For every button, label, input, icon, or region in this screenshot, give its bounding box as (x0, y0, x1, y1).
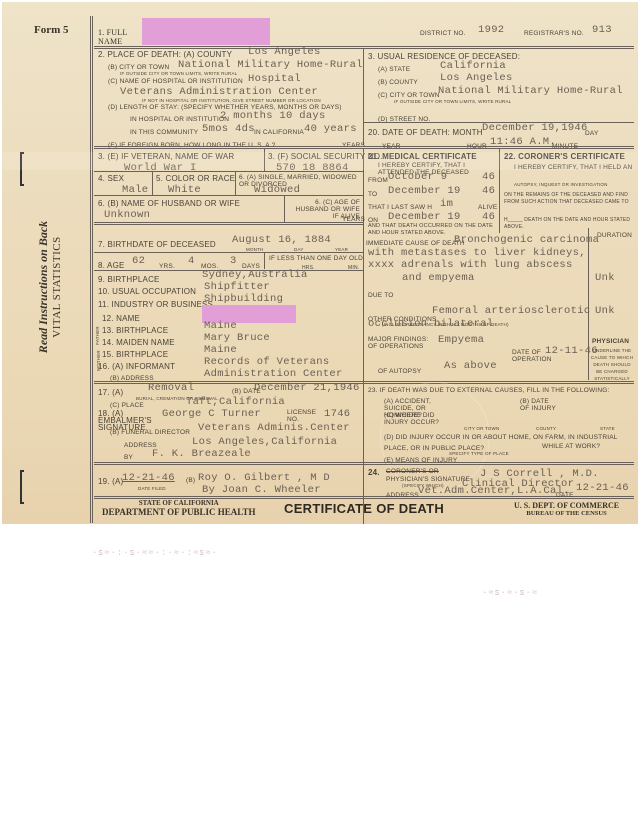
divider (94, 46, 634, 49)
physician-address-label: Address (386, 492, 419, 499)
coroner-death-text: h_____ death on the date and hour stated… (504, 217, 632, 231)
birthdate-value: August 16, 1884 (232, 234, 331, 246)
date-filed-value: 12-21-46 (122, 472, 175, 484)
filing-label: 19. (a) (98, 477, 123, 486)
license-label: License No. (287, 409, 317, 423)
war-label: 3. (e) If Veteran, Name of War (98, 152, 234, 161)
registrar-sig-label: (b) (186, 477, 195, 484)
res-county-label: (b) County (378, 79, 418, 86)
embalmer-label: 18. (a) Embalmer's Signature (98, 410, 170, 431)
divider (235, 171, 236, 195)
ink-bleed-smudge: ·≈ꜱ·≈·ꜱ·≈ (482, 588, 538, 598)
registrar-no-value: 913 (592, 24, 612, 36)
date-of-death-value: December 19,1946 (482, 122, 588, 134)
res-city-note: If outside city or town limits, write ru… (394, 99, 511, 104)
while-at-work-label: While at work? (542, 443, 600, 450)
ssn-value: 570 18 8864 (276, 162, 349, 174)
birthplace-value: Sydney,Australia (202, 269, 308, 281)
hospital-note: If not in hospital or institution, give … (142, 98, 321, 103)
industry-value: Shipbuilding (204, 293, 283, 305)
yrs-label: Yrs. (159, 263, 175, 270)
death-city-label: (b) City or town (108, 64, 169, 71)
registrar-signature: Roy O. Gilbert , M D (198, 472, 330, 484)
funeral-director-label: (b) Funeral Director (110, 429, 190, 436)
immediate-cause-label: Immediate cause of death (366, 240, 465, 247)
attended-from-year: 46 (482, 171, 495, 183)
hospital-line2-value: Veterans Administration Center (120, 86, 318, 98)
death-city-note: If outside city or town limits, write ru… (120, 71, 237, 76)
occupation-value: Shipfitter (204, 281, 270, 293)
birthdate-label: 7. Birthdate of Deceased (98, 240, 216, 249)
full-name-label: 1. FULL NAME (98, 28, 134, 46)
cause-line-3: xxxx adrenals with lung abscess (368, 259, 573, 271)
embalmer-value: George C Turner (162, 408, 261, 420)
divider (152, 171, 153, 195)
divider (588, 228, 589, 380)
divider (94, 252, 363, 253)
spouse-label: 6. (b) Name of Husband or Wife (98, 199, 240, 208)
cause-line-4: and empyema (402, 272, 475, 284)
attended-to-year: 46 (482, 185, 495, 197)
injury-date-label: (b) Date of injury (520, 398, 560, 412)
sign-date-value: 12-21-46 (576, 482, 629, 494)
divider (364, 462, 634, 465)
in-california-value: 40 years (304, 123, 357, 135)
specify-place-sublabel: Specify type of place (449, 451, 509, 456)
registrar-no-label: Registrar's No. (524, 30, 584, 37)
city-sublabel: City or town (464, 426, 499, 431)
res-county-value: Los Angeles (440, 72, 513, 84)
age-days: 3 (230, 255, 237, 267)
spouse-value: Unknown (104, 209, 150, 221)
state-of-california: State of California (102, 499, 255, 507)
hospital-label: (c) Name of hospital or institution (108, 78, 243, 85)
res-city-value: National Military Home-Rural (438, 85, 623, 97)
burial-date-value: December 21,1946 (254, 382, 360, 394)
sex-label: 4. Sex (98, 174, 124, 183)
divider (284, 195, 285, 222)
in-hospital-value: 2 months 10 days (220, 110, 326, 122)
duration-1: Unk (595, 272, 615, 284)
duration-label: Duration (597, 232, 632, 239)
read-instructions-text: Read Instructions on Back (36, 172, 51, 402)
divider (264, 252, 265, 269)
hospital-value: Hospital (248, 73, 301, 85)
cause-line-2: with metastases to liver kidneys, (368, 247, 586, 259)
other-condition-1: Femoral arteriosclerotic (432, 305, 590, 317)
divider (363, 149, 364, 524)
death-county-value: Los Angeles (248, 46, 321, 58)
burial-label: 17. (a) (98, 388, 123, 397)
mother-name-label: 14. Maiden Name (102, 338, 175, 347)
physician-note: Underline the cause to which death shoul… (590, 347, 634, 382)
physician-signature-label: Physician's Signature (386, 476, 470, 483)
in-california-label: In California (254, 129, 304, 136)
less-than-day-label: If less than one day old (269, 255, 363, 262)
cause-line-1: Bronchogenic carcinoma (454, 234, 599, 246)
medical-cert-title: 21. Medical Certificate (368, 152, 477, 161)
by-label: By (124, 454, 133, 461)
due-to-label: Due to (368, 292, 394, 299)
major-findings-label: Major findings: of operations (368, 336, 434, 350)
director-address-value: Los Angeles,California (192, 436, 337, 448)
attended-to-value: December 19 (388, 185, 461, 197)
signature-section-number: 24. (368, 468, 380, 477)
divider (94, 222, 363, 225)
injury-where-label: (c) Where did injury occur? (384, 412, 444, 426)
last-saw-label: That I last saw h (368, 204, 432, 211)
state-sublabel: State (600, 426, 615, 431)
other-condition-2: occlusion bilateral (368, 318, 493, 330)
informant-address-value: Administration Center (204, 368, 343, 380)
coroner-cert-title: 22. Coroner's Certificate (504, 152, 625, 161)
father-birthplace-value: Maine (204, 320, 237, 332)
district-value: 1992 (478, 24, 504, 36)
by-value: F. K. Breazeale (152, 448, 251, 460)
father-side-label: Father (95, 326, 100, 345)
coroner-remains-text: on the remains of the deceased and find … (504, 192, 632, 206)
industry-label: 11. Industry or Business (98, 300, 213, 309)
divider (364, 381, 634, 384)
autopsy-sublabel: Autopsy, inquest or investigation (514, 182, 608, 187)
footer-federal: U. S. Dept. of Commerce Bureau of the Ce… (514, 501, 619, 517)
occupation-label: 10. Usual Occupation (98, 287, 196, 296)
funeral-director-value: Veterans Adminis.Center (198, 422, 350, 434)
struck-coroner-text: Coroner's or (386, 468, 439, 475)
divider (94, 171, 363, 172)
last-saw-date: December 19 (388, 211, 461, 223)
age-months: 4 (188, 255, 195, 267)
ssn-label: 3. (f) Social Security No. (268, 152, 383, 161)
res-state-value: California (440, 60, 506, 72)
autopsy-label: Of autopsy (378, 368, 421, 375)
divider (363, 49, 364, 145)
physician-note-title: Physician (592, 338, 629, 345)
side-instructions: Read Instructions on Back VITAL STATISTI… (36, 172, 63, 402)
mother-birthplace-label: 15. Birthplace (102, 350, 168, 359)
sign-date-label: Date (556, 492, 574, 499)
external-causes-title: 23. If death was due to external causes,… (368, 387, 609, 394)
burial-place-value: Taft,California (186, 396, 285, 408)
mother-birthplace-value: Maine (204, 344, 237, 356)
race-label: 5. Color or Race (156, 174, 235, 183)
in-hospital-label: In hospital or institution (130, 116, 229, 123)
age-label: 8. Age (98, 261, 125, 270)
district-label: District No. (420, 30, 466, 37)
from-label: From (368, 177, 388, 184)
certificate-title: CERTIFICATE OF DEATH (284, 501, 444, 516)
major-findings-value: Empyema (438, 334, 484, 346)
full-name-redaction (142, 18, 270, 45)
last-saw-value: im (440, 198, 453, 210)
burial-place-label: (c) Place (110, 402, 144, 409)
staple-mark (20, 152, 24, 186)
divider (499, 149, 500, 233)
burial-value: Removal (148, 382, 194, 394)
death-city-value: National Military Home-Rural (178, 59, 363, 71)
day-label: Day (585, 130, 598, 137)
dept-public-health: Department of Public Health (102, 507, 255, 517)
dept-commerce: U. S. Dept. of Commerce (514, 501, 619, 510)
ink-bleed-smudge: ·ꜱ≈·:·ꜱ·≈≈·:·≈·:≈ꜱ≈· (92, 548, 218, 558)
divider (264, 149, 265, 171)
date-of-death-label: 20. Date of Death: Month (368, 128, 483, 137)
divider (94, 195, 363, 196)
license-value: 1746 (324, 408, 350, 420)
footer-state-dept: State of California Department of Public… (102, 499, 255, 517)
vital-statistics-text: VITAL STATISTICS (51, 172, 63, 402)
father-birthplace-label: 13. Birthplace (102, 326, 168, 335)
attended-from-value: October 9 (388, 171, 447, 183)
informant-label: 16. (a) Informant (98, 362, 175, 371)
alive-label: alive (478, 204, 497, 211)
county-sublabel: County (536, 426, 556, 431)
age-years: 62 (132, 255, 145, 267)
registrar-by: By Joan C. Wheeler (202, 484, 321, 496)
birthplace-label: 9. Birthplace (98, 275, 160, 284)
duration-2: Unk (595, 305, 615, 317)
form-number: Form 5 (34, 24, 69, 36)
res-state-label: (a) State (378, 66, 410, 73)
in-community-label: In this community (130, 129, 198, 136)
place-of-death-label: 2. Place of Death: (a) County (98, 50, 232, 59)
father-name-label: 12. Name (102, 314, 140, 323)
coroner-certify-text: I hereby certify, that I held an (514, 164, 632, 171)
last-saw-year: 46 (482, 211, 495, 223)
divider (94, 462, 363, 465)
divider (94, 146, 634, 149)
date-filed-sublabel: Date filed (138, 486, 166, 491)
informant-value: Records of Veterans (204, 356, 329, 368)
physician-address-value: Vet.Adm.Center,L.A.Cal. (418, 485, 570, 497)
mother-name-value: Mary Bruce (204, 332, 270, 344)
certificate-paper: Form 5 Read Instructions on Back VITAL S… (2, 2, 638, 524)
staple-mark (20, 470, 24, 504)
in-community-value: 5mos 4ds (202, 123, 255, 135)
autopsy-value: As above (444, 360, 497, 372)
bureau-census: Bureau of the Census (514, 510, 619, 517)
to-label: To (368, 191, 377, 198)
war-value: World War I (124, 162, 197, 174)
res-city-label: (c) City or town (378, 92, 440, 99)
